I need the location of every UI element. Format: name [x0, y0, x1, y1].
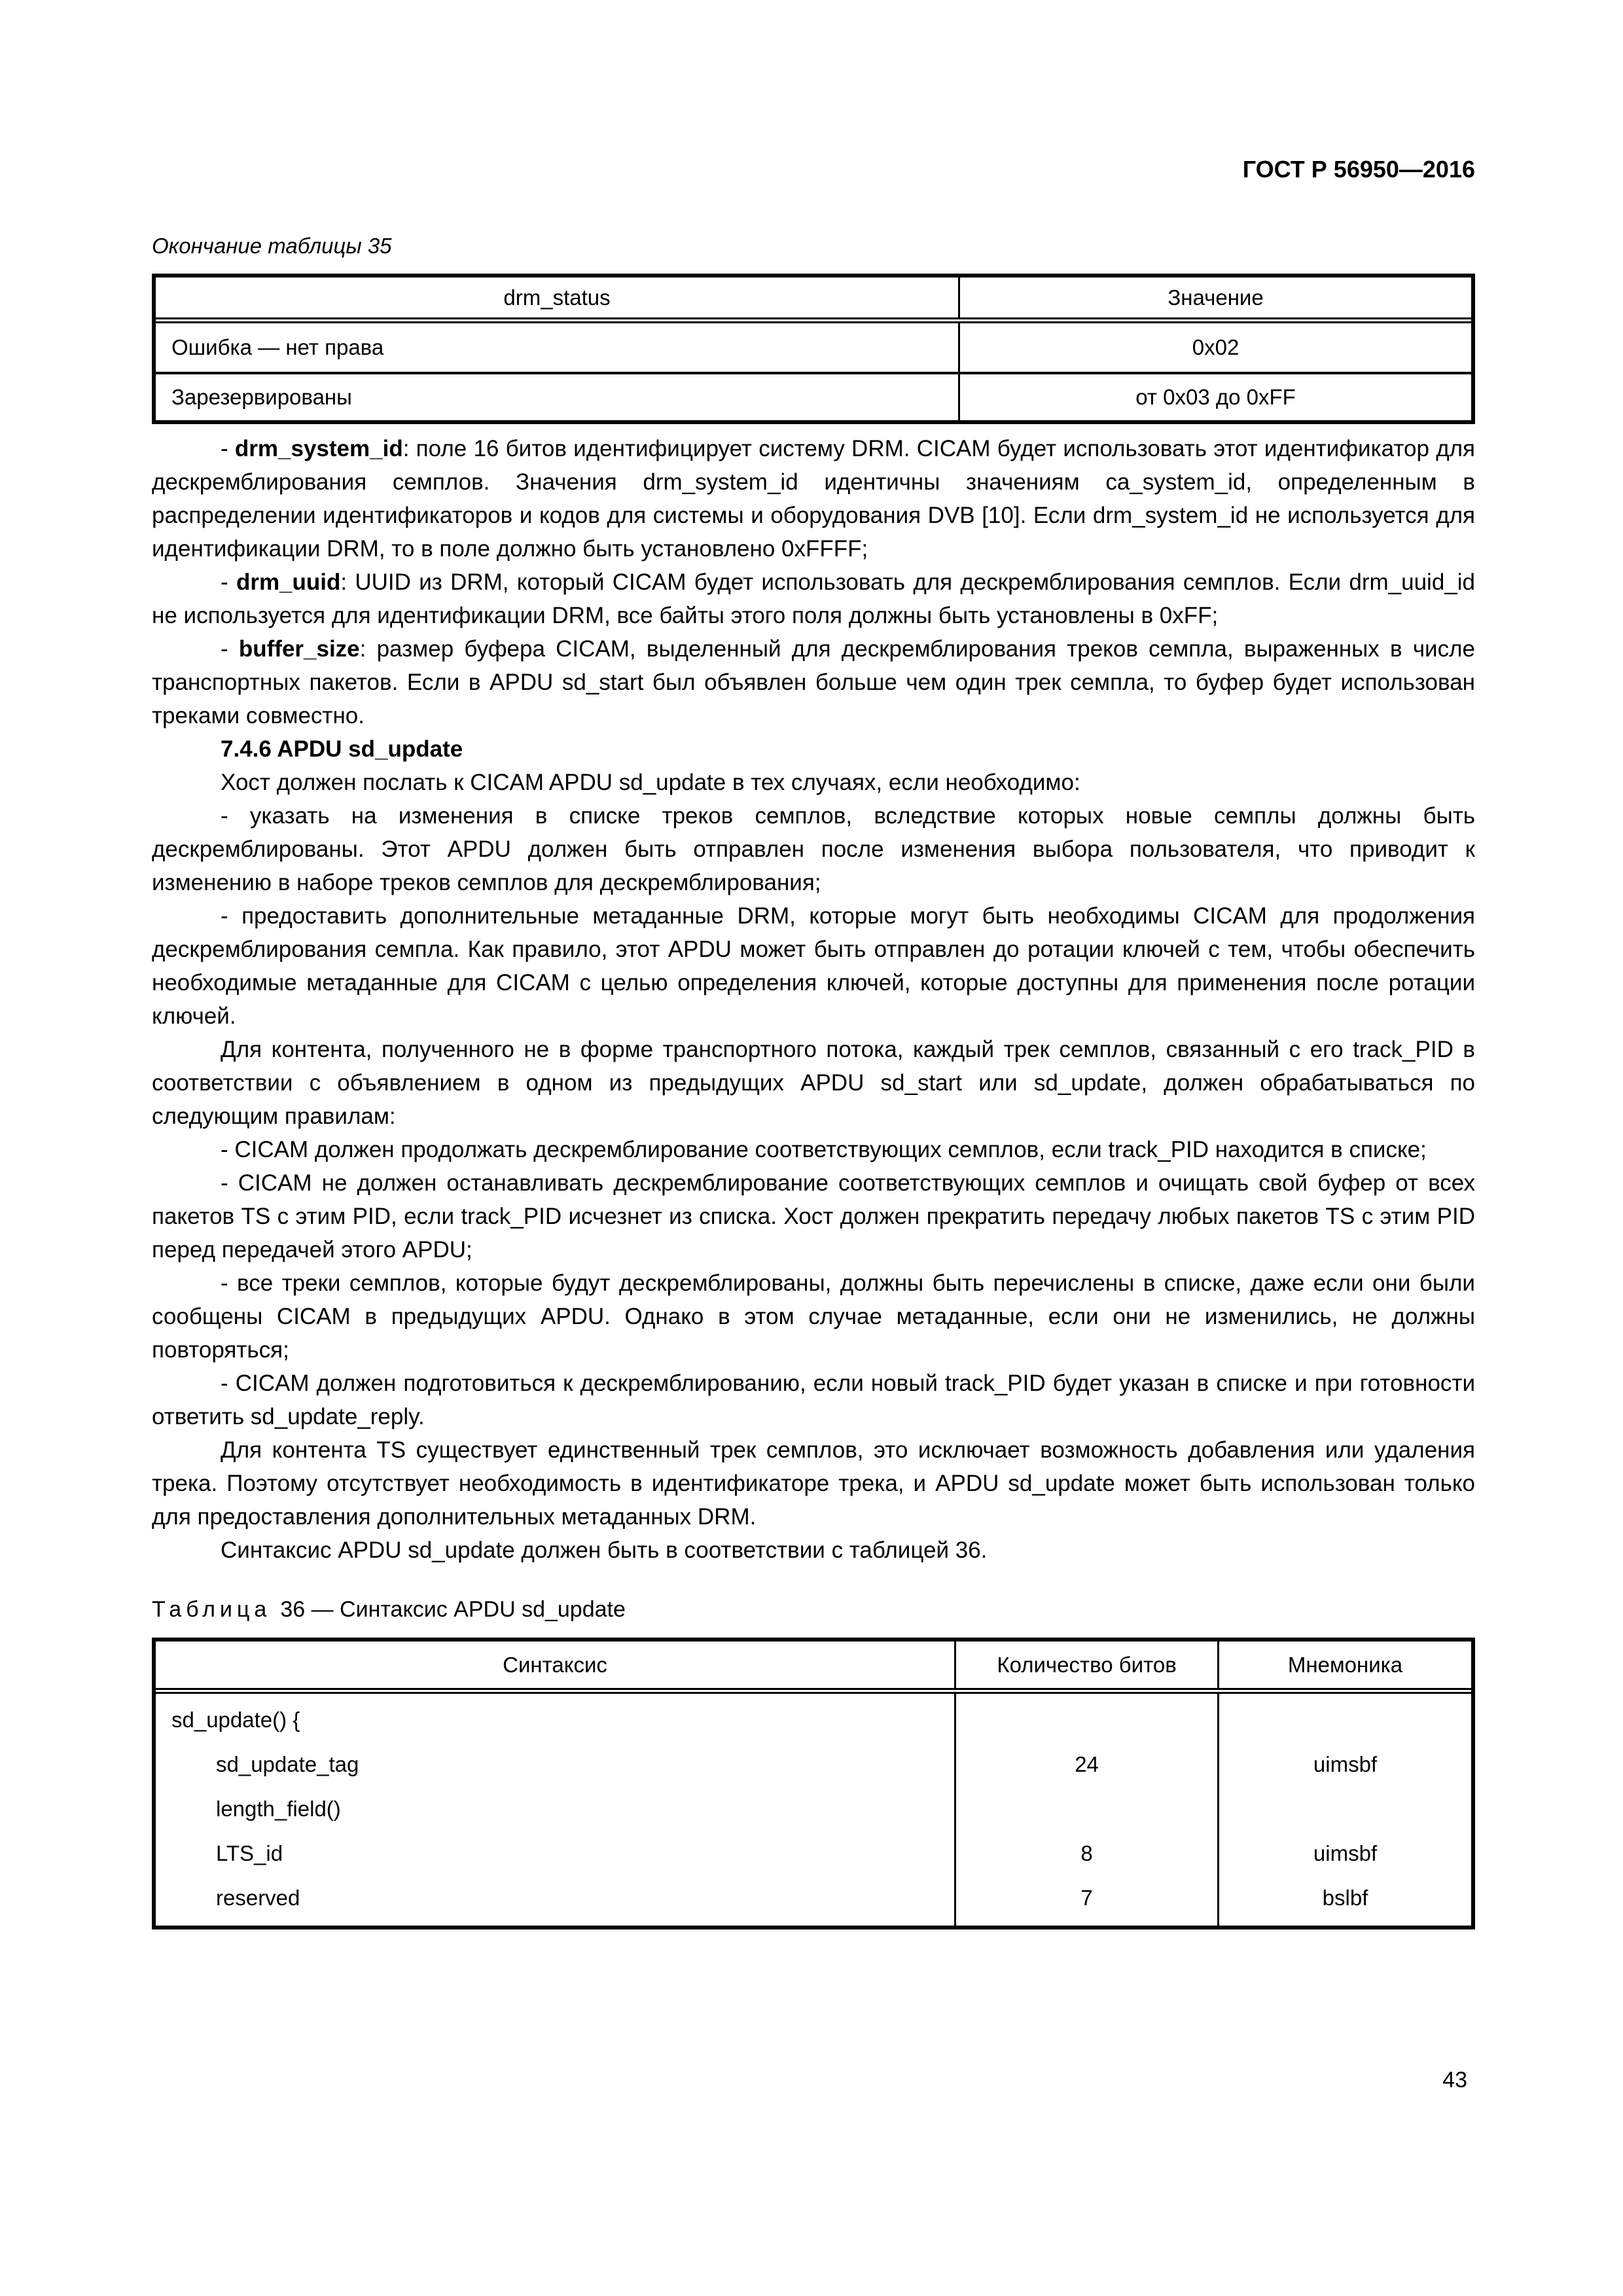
table-35-cell-value: от 0x03 до 0xFF — [958, 374, 1471, 420]
body-paragraph: - CICAM не должен останавливать дескремб… — [152, 1166, 1475, 1266]
paragraph-text: - все треки семплов, которые будут дескр… — [152, 1270, 1475, 1363]
table-36-caption-title: Синтаксис APDU sd_update — [340, 1597, 626, 1622]
table-35-body: Ошибка — нет права0x02Зарезервированыот … — [156, 323, 1471, 420]
paragraph-text: - CICAM должен продолжать дескремблирова… — [221, 1137, 1427, 1162]
paragraph-text: - — [221, 569, 236, 595]
table-35-header-row: drm_status Значение — [156, 278, 1471, 323]
body-paragraph: Хост должен послать к CICAM APDU sd_upda… — [152, 766, 1475, 799]
table-35-continuation-caption: Окончание таблицы 35 — [152, 233, 1475, 259]
paragraph-text: - — [221, 636, 239, 662]
body-paragraph: - указать на изменения в списке треков с… — [152, 799, 1475, 899]
body-paragraph: Синтаксис APDU sd_update должен быть в с… — [152, 1534, 1475, 1567]
bits-line: 8 — [956, 1831, 1217, 1876]
syntax-line: length_field() — [156, 1787, 954, 1831]
paragraph-text: - CICAM должен подготовиться к дескрембл… — [152, 1371, 1475, 1429]
table-36-caption-word: Таблица — [152, 1597, 271, 1622]
paragraph-text: - CICAM не должен останавливать дескремб… — [152, 1170, 1475, 1263]
mnemonic-line: bslbf — [1219, 1876, 1471, 1920]
document-header: ГОСТ Р 56950—2016 — [152, 156, 1475, 183]
paragraph-text: - — [221, 436, 235, 461]
body-paragraph: Для контента TS существует единственный … — [152, 1433, 1475, 1534]
syntax-line: reserved — [156, 1876, 954, 1920]
paragraph-text: - предоставить дополнительные метаданные… — [152, 903, 1475, 1029]
paragraph-text: Для контента, полученного не в форме тра… — [152, 1037, 1475, 1129]
page-number: 43 — [1442, 2067, 1467, 2093]
bits-line — [956, 1698, 1217, 1742]
page-content: ГОСТ Р 56950—2016 Окончание таблицы 35 d… — [152, 156, 1475, 1929]
paragraph-text: Хост должен послать к CICAM APDU sd_upda… — [221, 770, 1080, 795]
body-text: - drm_system_id: поле 16 битов идентифиц… — [152, 432, 1475, 1567]
table-35: drm_status Значение Ошибка — нет права0x… — [152, 274, 1475, 424]
document-page: ГОСТ Р 56950—2016 Окончание таблицы 35 d… — [0, 0, 1623, 2296]
table-36-header-bits: Количество битов — [954, 1641, 1217, 1688]
paragraph-text: : UUID из DRM, который CICAM будет испол… — [152, 569, 1475, 628]
body-paragraph: - drm_system_id: поле 16 битов идентифиц… — [152, 432, 1475, 565]
table-35-header-value: Значение — [958, 278, 1471, 317]
table-35-header-drm-status: drm_status — [156, 278, 958, 317]
mnemonic-line: uimsbf — [1219, 1742, 1471, 1787]
table-36-header-row: Синтаксис Количество битов Мнемоника — [156, 1641, 1471, 1694]
body-paragraph: - все треки семплов, которые будут дескр… — [152, 1266, 1475, 1367]
bits-line — [956, 1787, 1217, 1831]
body-paragraph: Для контента, полученного не в форме тра… — [152, 1033, 1475, 1133]
body-paragraph: - CICAM должен продолжать дескремблирова… — [152, 1133, 1475, 1166]
paragraph-text: Для контента TS существует единственный … — [152, 1437, 1475, 1530]
mnemonic-line — [1219, 1698, 1471, 1742]
table-36-header-mnemonic: Мнемоника — [1217, 1641, 1471, 1688]
bits-line: 24 — [956, 1742, 1217, 1787]
bold-term: drm_system_id — [235, 436, 403, 461]
body-paragraph: - drm_uuid: UUID из DRM, который CICAM б… — [152, 565, 1475, 632]
table-36-caption: Таблица36 — Синтаксис APDU sd_update — [152, 1596, 1475, 1623]
paragraph-text: - указать на изменения в списке треков с… — [152, 803, 1475, 895]
table-36-bits-column: 2487 — [954, 1694, 1217, 1926]
bold-term: drm_uuid — [236, 569, 340, 595]
table-35-cell-status: Зарезервированы — [156, 374, 958, 420]
table-36-header-syntax: Синтаксис — [156, 1641, 954, 1688]
mnemonic-line: uimsbf — [1219, 1831, 1471, 1876]
bold-term: buffer_size — [239, 636, 360, 662]
body-paragraph: - предоставить дополнительные метаданные… — [152, 899, 1475, 1033]
table-36-mnemonic-column: uimsbfuimsbfbslbf — [1217, 1694, 1471, 1926]
bold-term: 7.4.6 APDU sd_update — [221, 736, 463, 762]
table-36-syntax-column: sd_update() {sd_update_taglength_field()… — [156, 1694, 954, 1926]
syntax-line: sd_update_tag — [156, 1742, 954, 1787]
table-36-caption-dash: — — [312, 1597, 334, 1622]
section-heading: 7.4.6 APDU sd_update — [152, 732, 1475, 766]
table-35-cell-value: 0x02 — [958, 323, 1471, 372]
mnemonic-line — [1219, 1787, 1471, 1831]
bits-line: 7 — [956, 1876, 1217, 1920]
syntax-line: LTS_id — [156, 1831, 954, 1876]
table-36-body: sd_update() {sd_update_taglength_field()… — [156, 1694, 1471, 1926]
body-paragraph: - CICAM должен подготовиться к дескрембл… — [152, 1367, 1475, 1433]
table-36: Синтаксис Количество битов Мнемоника sd_… — [152, 1638, 1475, 1929]
table-36-caption-number: 36 — [280, 1597, 305, 1622]
table-35-row: Ошибка — нет права0x02 — [156, 323, 1471, 372]
table-35-row: Зарезервированыот 0x03 до 0xFF — [156, 372, 1471, 420]
body-paragraph: - buffer_size: размер буфера CICAM, выде… — [152, 632, 1475, 732]
table-35-cell-status: Ошибка — нет права — [156, 323, 958, 372]
syntax-line: sd_update() { — [156, 1698, 954, 1742]
paragraph-text: Синтаксис APDU sd_update должен быть в с… — [221, 1537, 987, 1563]
